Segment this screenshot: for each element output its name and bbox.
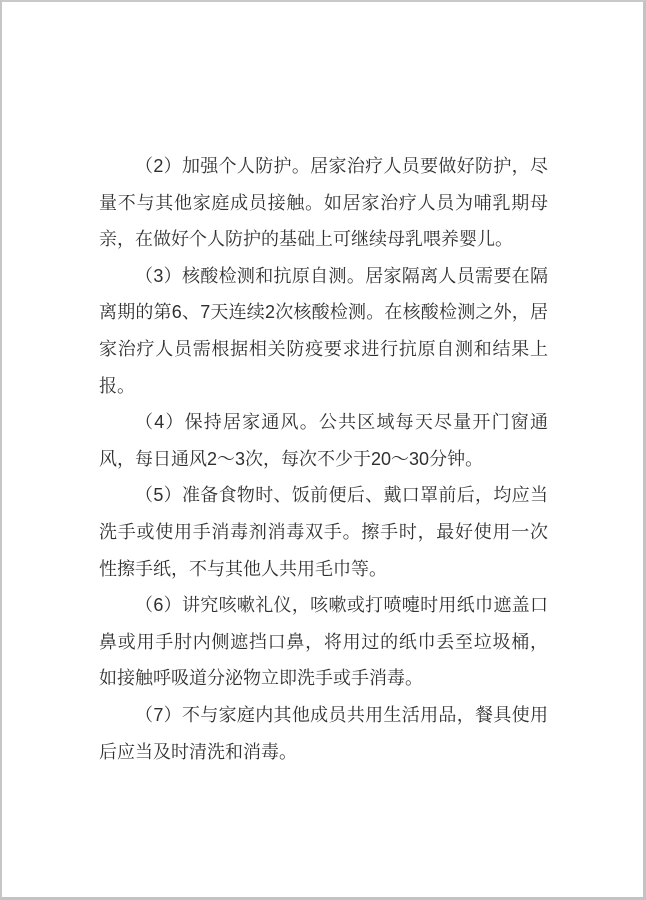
paragraph-item-6: （6）讲究咳嗽礼仪，咳嗽或打喷嚏时用纸巾遮盖口鼻或用手肘内侧遮挡口鼻，将用过的纸… bbox=[99, 587, 548, 697]
paragraph-item-7: （7）不与家庭内其他成员共用生活用品，餐具使用后应当及时清洗和消毒。 bbox=[99, 697, 548, 770]
paragraph-item-4: （4）保持居家通风。公共区域每天尽量开门窗通风，每日通风2～3次，每次不少于20… bbox=[99, 404, 548, 477]
paragraph-item-5: （5）准备食物时、饭前便后、戴口罩前后，均应当洗手或使用手消毒剂消毒双手。擦手时… bbox=[99, 477, 548, 587]
document-page: （2）加强个人防护。居家治疗人员要做好防护，尽量不与其他家庭成员接触。如居家治疗… bbox=[0, 0, 646, 900]
paragraph-item-3: （3）核酸检测和抗原自测。居家隔离人员需要在隔离期的第6、7天连续2次核酸检测。… bbox=[99, 258, 548, 404]
paragraph-item-2: （2）加强个人防护。居家治疗人员要做好防护，尽量不与其他家庭成员接触。如居家治疗… bbox=[99, 148, 548, 258]
document-body: （2）加强个人防护。居家治疗人员要做好防护，尽量不与其他家庭成员接触。如居家治疗… bbox=[2, 2, 643, 770]
